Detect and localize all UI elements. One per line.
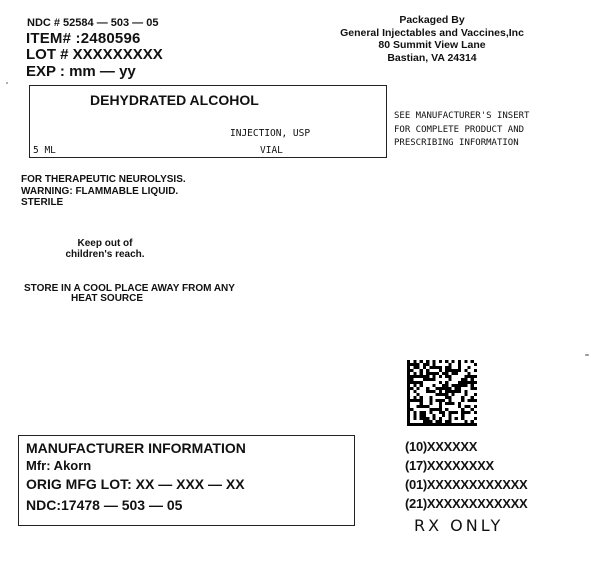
manufacturer-lot: ORIG MFG LOT: XX — XXX — XX xyxy=(26,476,245,492)
gs1-line-21: (21)XXXXXXXXXXXX xyxy=(405,494,527,513)
indication-line: FOR THERAPEUTIC NEUROLYSIS. xyxy=(21,174,186,186)
product-name: DEHYDRATED ALCOHOL xyxy=(90,92,259,108)
gs1-line-17: (17)XXXXXXXX xyxy=(405,456,527,475)
keep-out-line: Keep out of xyxy=(55,238,155,249)
insert-note-line: FOR COMPLETE PRODUCT AND xyxy=(394,124,529,138)
packager-street: 80 Summit View Lane xyxy=(322,39,542,52)
scan-speck xyxy=(6,82,8,84)
manufacturer-title: MANUFACTURER INFORMATION xyxy=(26,440,246,456)
storage-instructions: STORE IN A COOL PLACE AWAY FROM ANY HEAT… xyxy=(24,284,235,303)
indications: FOR THERAPEUTIC NEUROLYSIS. WARNING: FLA… xyxy=(21,174,186,209)
insert-note-line: SEE MANUFACTURER'S INSERT xyxy=(394,110,529,124)
keep-out-line: children's reach. xyxy=(55,249,155,260)
item-number: ITEM# :2480596 xyxy=(26,30,141,47)
manufacturer-name: Mfr: Akorn xyxy=(26,458,91,473)
gs1-line-01: (01)XXXXXXXXXXXX xyxy=(405,475,527,494)
manufacturer-ndc: NDC:17478 — 503 — 05 xyxy=(26,497,182,513)
product-box: DEHYDRATED ALCOHOL INJECTION, USP 5 ML V… xyxy=(29,85,387,158)
product-route: INJECTION, USP xyxy=(230,128,310,139)
product-volume: 5 ML xyxy=(33,145,56,156)
expiration-date: EXP : mm — yy xyxy=(26,63,136,80)
insert-note-line: PRESCRIBING INFORMATION xyxy=(394,137,529,151)
rx-only-label: RX ONLY xyxy=(414,516,503,535)
datamatrix-icon xyxy=(407,360,477,426)
lot-number: LOT # XXXXXXXXX xyxy=(26,46,163,63)
insert-note: SEE MANUFACTURER'S INSERT FOR COMPLETE P… xyxy=(394,110,529,151)
warning-line: WARNING: FLAMMABLE LIQUID. xyxy=(21,186,186,198)
gs1-line-10: (10)XXXXXX xyxy=(405,437,527,456)
storage-line: HEAT SOURCE xyxy=(24,294,235,304)
keep-out-of-reach: Keep out of children's reach. xyxy=(55,238,155,260)
packager-heading: Packaged By xyxy=(322,14,542,27)
ndc-number: NDC # 52584 — 503 — 05 xyxy=(27,17,158,29)
sterile-line: STERILE xyxy=(21,197,186,209)
packager-info: Packaged By General Injectables and Vacc… xyxy=(322,14,542,64)
packager-city: Bastian, VA 24314 xyxy=(322,52,542,65)
packager-company: General Injectables and Vaccines,Inc xyxy=(322,27,542,40)
product-container: VIAL xyxy=(260,145,283,156)
manufacturer-box: MANUFACTURER INFORMATION Mfr: Akorn ORIG… xyxy=(18,435,355,526)
gs1-data: (10)XXXXXX (17)XXXXXXXX (01)XXXXXXXXXXXX… xyxy=(405,437,527,513)
scan-speck xyxy=(585,354,589,356)
